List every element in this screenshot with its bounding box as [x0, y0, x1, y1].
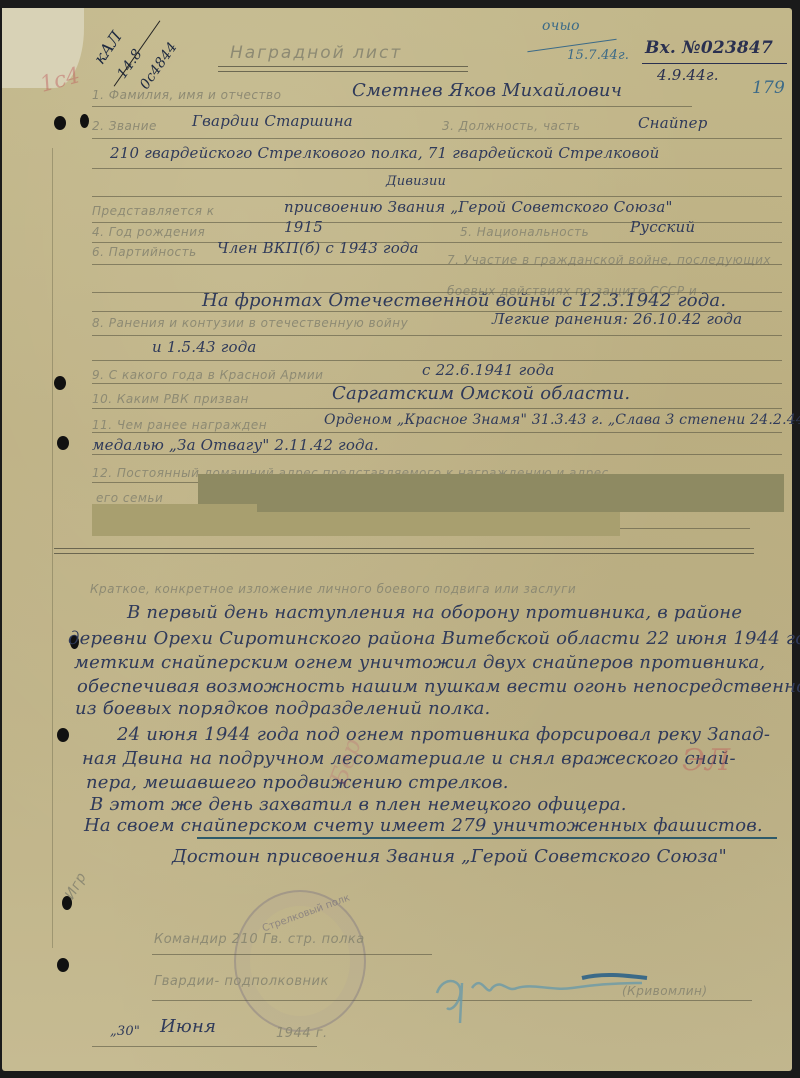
field-label-army-since: 9. С какого года в Красной Армии [92, 368, 323, 382]
punch-hole [57, 958, 69, 972]
ruled-line [92, 168, 782, 169]
field-label-wounds: 8. Ранения и контузии в отечественную во… [92, 316, 408, 330]
narrative-line: 24 июня 1944 года под огнем противника ф… [117, 724, 770, 745]
field-value-wounds-cont: и 1.5.43 года [152, 338, 257, 356]
narrative-line: пера, мешавшего продвижению стрелков. [86, 772, 509, 793]
field-value-position: Снайпер [638, 114, 708, 132]
registration-dept: очыо [542, 18, 580, 34]
field-value-name: Сметнев Яков Михайлович [352, 80, 622, 101]
ruled-line [620, 528, 750, 529]
title-underline [218, 66, 468, 72]
narrative-line: В первый день наступления на оборону про… [127, 602, 742, 623]
field-label-birth-year: 4. Год рождения [92, 225, 205, 239]
field-value-prior-awards-cont: медалью „За Отвагу" 2.11.42 года. [92, 436, 379, 454]
field-value-prior-awards: Орденом „Красное Знамя" 31.3.43 г. „Слав… [324, 412, 800, 428]
document-page: 1с4 кАЛ 14.8 0с4844 Наградной лист очыо … [2, 8, 792, 1071]
margin-line [52, 148, 53, 948]
field-value-party: Член ВКП(б) с 1943 года [217, 239, 419, 257]
narrative-line: В этот же день захватил в плен немецкого… [90, 794, 627, 815]
narrative-line: деревни Орехи Сиротинского района Витебс… [68, 628, 800, 649]
narrative-line: метким снайперским огнем уничтожил двух … [74, 652, 765, 673]
punch-hole [57, 728, 69, 742]
field-label-prior-awards: 11. Чем ранее награжден [92, 418, 267, 432]
ruled-line [92, 1046, 317, 1047]
ruled-line [92, 408, 782, 409]
signer-rank: Гвардии- подполковник [154, 974, 329, 989]
narrative-line: ная Двина на подручном лесоматериале и с… [82, 748, 736, 769]
field-value-rank: Гвардии Старшина [192, 112, 353, 130]
field-value-nationality: Русский [630, 218, 695, 236]
registration-date-in: 15.7.44г. [567, 48, 629, 63]
date-received: 4.9.44г. [657, 66, 719, 84]
field-value-nominated: присвоению Звания „Герой Советского Союз… [284, 198, 673, 216]
ruled-line [152, 954, 432, 955]
ruled-line [92, 264, 782, 265]
redaction-block [257, 512, 620, 536]
signature [432, 953, 652, 1023]
ruled-line [92, 432, 782, 433]
date-day: „30" [110, 1024, 140, 1039]
field-value-war-participation: На фронтах Отечественной войны с 12.3.19… [202, 290, 726, 311]
narrative-heading: Краткое, конкретное изложение личного бо… [90, 582, 576, 596]
field-value-birth-year: 1915 [284, 218, 323, 236]
field-value-wounds: Легкие ранения: 26.10.42 года [492, 310, 742, 328]
date-month: Июня [160, 1016, 216, 1037]
ruled-line [92, 242, 782, 243]
field-value-unit: 210 гвардейского Стрелкового полка, 71 г… [110, 144, 660, 162]
signer-position: Командир 210 Гв. стр. полка [154, 932, 365, 947]
date-year: 1944 г. [276, 1026, 328, 1041]
field-label-name: 1. Фамилия, имя и отчество [92, 88, 281, 102]
ruled-line [92, 196, 782, 197]
field-label-recruited-by: 10. Каким РВК призван [92, 392, 249, 406]
field-label-nominated: Представляется к [92, 204, 214, 218]
section-divider [54, 548, 754, 554]
archive-number: 0с4844 [137, 39, 181, 92]
field-label-rank: 2. Звание [92, 119, 157, 133]
ruled-line [92, 335, 782, 336]
punch-hole [54, 376, 66, 390]
redaction-block [198, 474, 784, 512]
redaction-block [92, 504, 257, 536]
incoming-number: Вх. №023847 [645, 38, 773, 58]
field-label-party: 6. Партийность [92, 245, 197, 259]
page-number: 179 [752, 78, 785, 98]
ruled-line [92, 454, 782, 455]
narrative-line: из боевых порядков подразделений полка. [75, 698, 490, 719]
ruled-line [92, 138, 782, 139]
incoming-underline [642, 63, 787, 64]
punch-hole [80, 114, 89, 128]
field-value-division: Дивизии [386, 174, 446, 189]
narrative-line-kill-count: На своем снайперском счету имеет 279 уни… [84, 815, 763, 836]
narrative-line: обеспечивая возможность нашим пушкам вес… [77, 676, 800, 697]
punch-hole [54, 116, 66, 130]
field-label-position: 3. Должность, часть [442, 119, 581, 133]
ruled-line [92, 106, 692, 107]
narrative-conclusion: Достоин присвоения Звания „Герой Советск… [172, 846, 727, 867]
signer-name: (Кривомлин) [622, 984, 708, 998]
red-pencil-mark: ЭЛ [682, 743, 730, 778]
punch-hole [57, 436, 69, 450]
field-label-nationality: 5. Национальность [460, 225, 589, 239]
document-title: Наградной лист [230, 43, 402, 63]
field-value-recruited-by: Саргатским Омской области. [332, 383, 630, 404]
field-label-address-cont: его семьи [96, 491, 163, 505]
field-value-army-since: с 22.6.1941 года [422, 361, 555, 379]
kill-count-underline [197, 837, 777, 839]
